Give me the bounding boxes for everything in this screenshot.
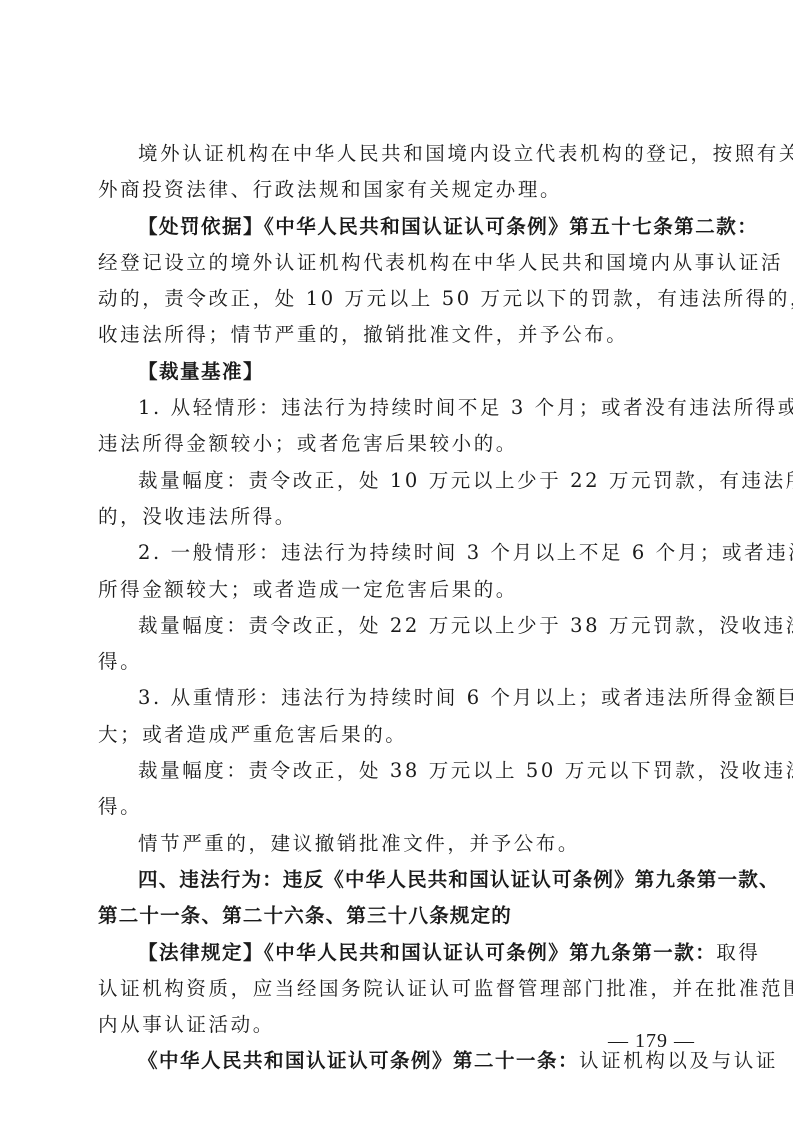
line-text: 2. 一般情形：违法行为持续时间 3 个月以上不足 6 个月；或者违法 bbox=[138, 541, 793, 564]
line-text: 裁量幅度：责令改正，处 10 万元以上少于 22 万元罚款，有违法所得 bbox=[138, 469, 793, 492]
line-text: 收违法所得；情节严重的，撤销批准文件，并予公布。 bbox=[98, 323, 628, 346]
page-number: — 179 — bbox=[608, 1030, 695, 1053]
paragraph-line: 得。 bbox=[98, 644, 698, 680]
heading-text: 第二十一条、第二十六条、第三十八条规定的 bbox=[98, 904, 512, 927]
line-text: 裁量幅度：责令改正，处 22 万元以上少于 38 万元罚款，没收违法所 bbox=[138, 614, 793, 637]
line-text: 裁量幅度：责令改正，处 38 万元以上 50 万元以下罚款，没收违法所 bbox=[138, 759, 793, 782]
paragraph-line: 2. 一般情形：违法行为持续时间 3 个月以上不足 6 个月；或者违法 bbox=[98, 535, 698, 571]
heading-text: 【处罚依据】《中华人民共和国认证认可条例》第五十七条第二款： bbox=[138, 215, 758, 238]
paragraph-line: 裁量幅度：责令改正，处 38 万元以上 50 万元以下罚款，没收违法所 bbox=[98, 753, 698, 789]
line-text: 认证机构资质，应当经国务院认证认可监督管理部门批准，并在批准范围 bbox=[98, 977, 793, 1000]
paragraph-line: 动的，责令改正，处 10 万元以上 50 万元以下的罚款，有违法所得的，没 bbox=[98, 281, 698, 317]
paragraph-line: 收违法所得；情节严重的，撤销批准文件，并予公布。 bbox=[98, 317, 698, 353]
paragraph-line: 裁量幅度：责令改正，处 22 万元以上少于 38 万元罚款，没收违法所 bbox=[98, 608, 698, 644]
paragraph-line: 情节严重的，建议撤销批准文件，并予公布。 bbox=[98, 826, 698, 862]
section-four-heading: 四、违法行为：违反《中华人民共和国认证认可条例》第九条第一款、 bbox=[98, 862, 698, 898]
line-text: 违法所得金额较小；或者危害后果较小的。 bbox=[98, 432, 518, 455]
heading-text: 《中华人民共和国认证认可条例》第二十一条： bbox=[138, 1049, 579, 1072]
paragraph-line: 1. 从轻情形：违法行为持续时间不足 3 个月；或者没有违法所得或 bbox=[98, 390, 698, 426]
line-text: 3. 从重情形：违法行为持续时间 6 个月以上；或者违法所得金额巨 bbox=[138, 686, 793, 709]
legal-provision-line: 【法律规定】《中华人民共和国认证认可条例》第九条第一款：取得 bbox=[98, 935, 698, 971]
line-text: 情节严重的，建议撤销批准文件，并予公布。 bbox=[138, 832, 580, 855]
line-text: 所得金额较大；或者造成一定危害后果的。 bbox=[98, 578, 518, 601]
paragraph-line: 3. 从重情形：违法行为持续时间 6 个月以上；或者违法所得金额巨 bbox=[98, 680, 698, 716]
line-text: 内从事认证活动。 bbox=[98, 1013, 275, 1036]
paragraph-line: 裁量幅度：责令改正，处 10 万元以上少于 22 万元罚款，有违法所得 bbox=[98, 463, 698, 499]
paragraph-line: 的，没收违法所得。 bbox=[98, 499, 698, 535]
line-text: 取得 bbox=[716, 941, 760, 964]
heading-text: 【法律规定】《中华人民共和国认证认可条例》第九条第一款： bbox=[138, 941, 716, 964]
discretion-standard-heading: 【裁量基准】 bbox=[98, 354, 698, 390]
line-text: 的，没收违法所得。 bbox=[98, 505, 297, 528]
paragraph-line: 违法所得金额较小；或者危害后果较小的。 bbox=[98, 426, 698, 462]
heading-text: 【裁量基准】 bbox=[138, 360, 264, 383]
penalty-basis-heading: 【处罚依据】《中华人民共和国认证认可条例》第五十七条第二款： bbox=[98, 209, 698, 245]
line-text: 得。 bbox=[98, 795, 142, 818]
line-text: 得。 bbox=[98, 650, 142, 673]
line-text: 动的，责令改正，处 10 万元以上 50 万元以下的罚款，有违法所得的，没 bbox=[98, 287, 793, 310]
line-text: 大；或者造成严重危害后果的。 bbox=[98, 723, 407, 746]
paragraph-line: 外商投资法律、行政法规和国家有关规定办理。 bbox=[98, 172, 698, 208]
paragraph-line: 所得金额较大；或者造成一定危害后果的。 bbox=[98, 572, 698, 608]
heading-text: 四、违法行为：违反《中华人民共和国认证认可条例》第九条第一款、 bbox=[138, 868, 780, 891]
line-text: 经登记设立的境外认证机构代表机构在中华人民共和国境内从事认证活 bbox=[98, 251, 783, 274]
line-text: 境外认证机构在中华人民共和国境内设立代表机构的登记，按照有关 bbox=[138, 142, 793, 165]
paragraph-line: 经登记设立的境外认证机构代表机构在中华人民共和国境内从事认证活 bbox=[98, 245, 698, 281]
paragraph-line: 境外认证机构在中华人民共和国境内设立代表机构的登记，按照有关 bbox=[98, 136, 698, 172]
paragraph-line: 认证机构资质，应当经国务院认证认可监督管理部门批准，并在批准范围 bbox=[98, 971, 698, 1007]
line-text: 外商投资法律、行政法规和国家有关规定办理。 bbox=[98, 178, 562, 201]
line-text: 1. 从轻情形：违法行为持续时间不足 3 个月；或者没有违法所得或 bbox=[138, 396, 793, 419]
paragraph-line: 大；或者造成严重危害后果的。 bbox=[98, 717, 698, 753]
paragraph-line: 得。 bbox=[98, 789, 698, 825]
section-four-heading-cont: 第二十一条、第二十六条、第三十八条规定的 bbox=[98, 898, 698, 934]
document-page: 境外认证机构在中华人民共和国境内设立代表机构的登记，按照有关 外商投资法律、行政… bbox=[98, 136, 698, 1080]
